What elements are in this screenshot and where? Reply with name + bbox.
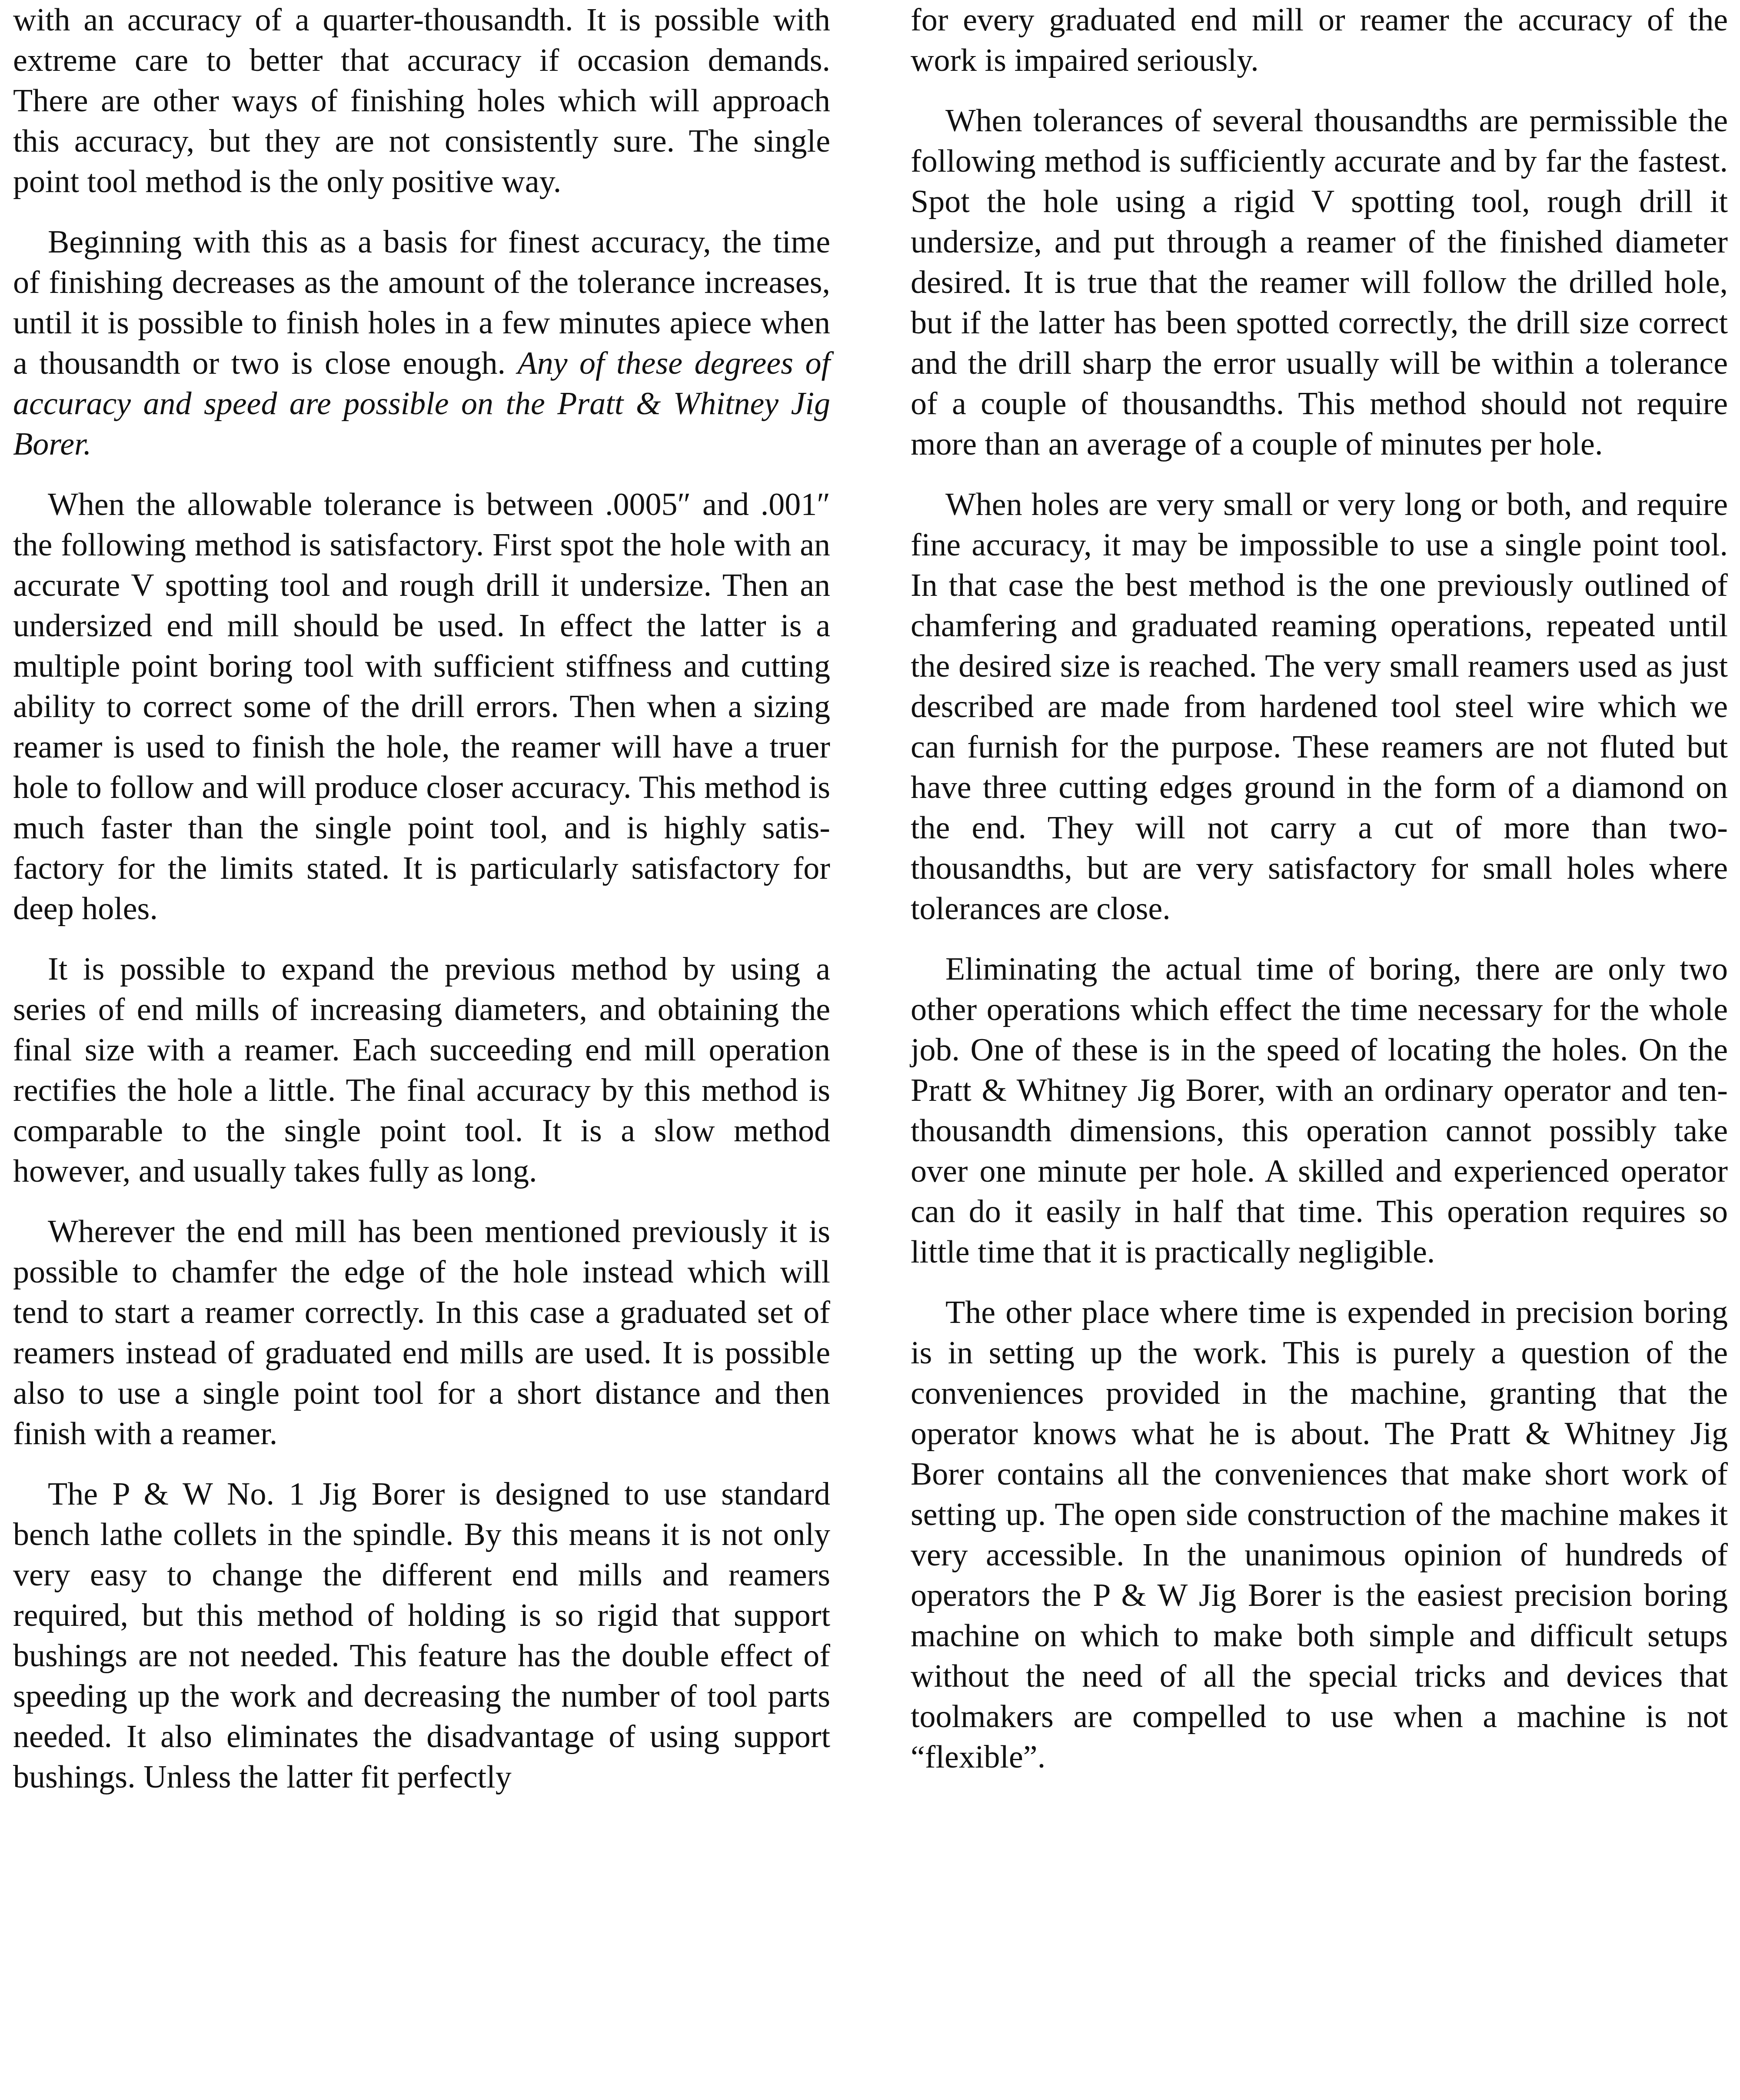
paragraph-collets-spindle: The P & W No. 1 Jig Borer is designed to…	[13, 1474, 830, 1798]
paragraph-text: Wherever the end mill has been mentioned…	[13, 1214, 830, 1452]
document-page: with an accuracy of a quarter-thousandth…	[0, 0, 1740, 2100]
paragraph-text: Eliminating the actual time of boring, t…	[911, 951, 1728, 1270]
paragraph-quarter-thousandth: with an accuracy of a quarter-thousandth…	[13, 0, 830, 202]
right-column: for every graduated end mill or reamer t…	[911, 0, 1728, 1778]
paragraph-eliminating-time: Eliminating the actual time of boring, t…	[911, 949, 1728, 1273]
paragraph-several-thousandths: When tolerances of several thousandths a…	[911, 101, 1728, 465]
paragraph-text: When tolerances of several thousandths a…	[911, 103, 1728, 462]
paragraph-allowable-tolerance: When the allowable tolerance is between …	[13, 485, 830, 929]
paragraph-text: When the allowable tolerance is between …	[13, 487, 830, 927]
paragraph-basis-finest-accuracy: Beginning with this as a basis for fines…	[13, 222, 830, 465]
left-column: with an accuracy of a quarter-thousandth…	[13, 0, 830, 1798]
paragraph-text: It is possible to expand the previous me…	[13, 951, 830, 1189]
paragraph-chamfer-edge: Wherever the end mill has been mentioned…	[13, 1212, 830, 1454]
paragraph-expand-method: It is possible to expand the previous me…	[13, 949, 830, 1192]
paragraph-impaired-seriously: for every graduated end mill or reamer t…	[911, 0, 1728, 81]
paragraph-text: The P & W No. 1 Jig Borer is designed to…	[13, 1476, 830, 1795]
paragraph-text: for every graduated end mill or reamer t…	[911, 2, 1728, 78]
paragraph-text: When holes are very small or very long o…	[911, 487, 1728, 927]
paragraph-small-holes: When holes are very small or very long o…	[911, 485, 1728, 929]
paragraph-text: The other place where time is expended i…	[911, 1295, 1728, 1775]
paragraph-setting-up: The other place where time is expended i…	[911, 1293, 1728, 1778]
paragraph-text: with an accuracy of a quarter-thousandth…	[13, 2, 830, 199]
